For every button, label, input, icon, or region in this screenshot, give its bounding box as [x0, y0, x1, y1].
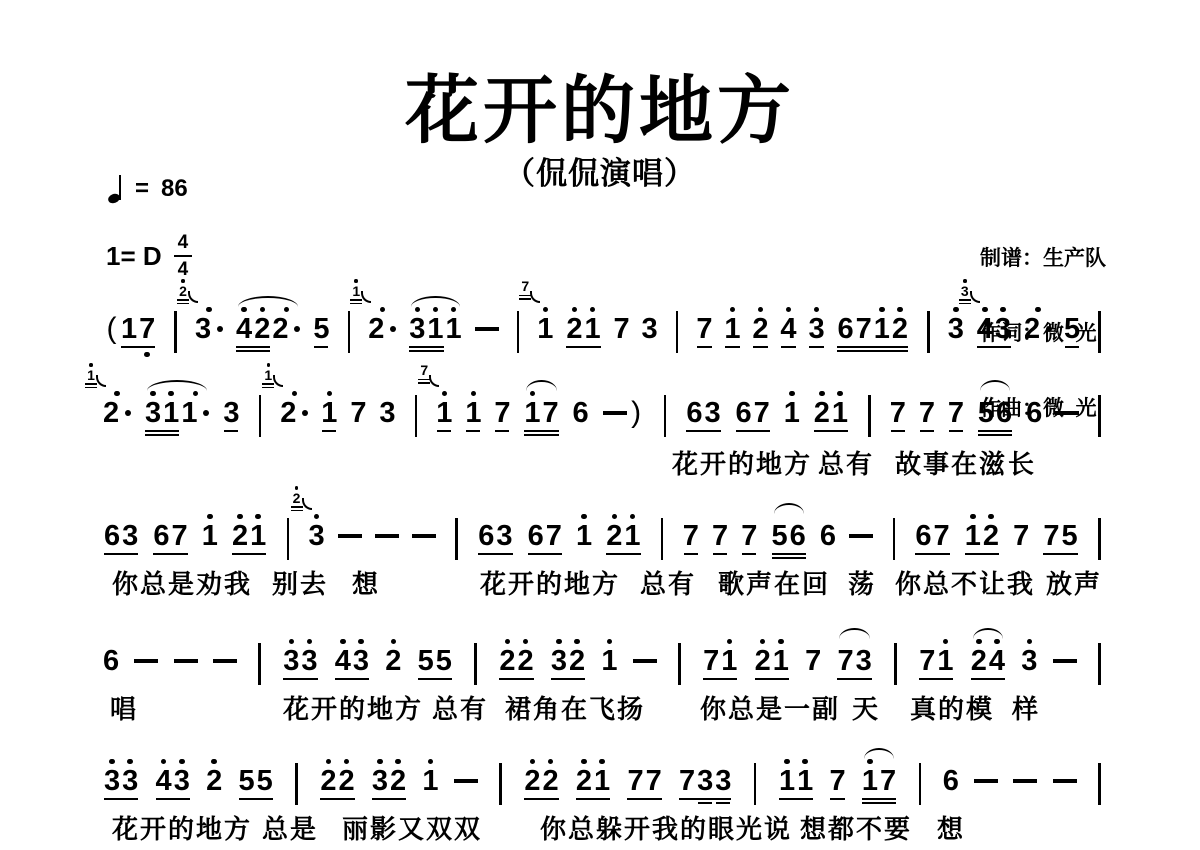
note: 7 [494, 380, 510, 441]
note-digit: 7 [880, 767, 896, 796]
note: 7 [683, 503, 699, 564]
beam-underline [239, 798, 273, 800]
octave-dot [789, 391, 795, 397]
time-signature: 4 4 [174, 233, 193, 279]
key-signature: 1= D 4 4 [106, 233, 192, 279]
note-digit: 1 [584, 315, 600, 344]
note-group: 67 [527, 503, 563, 564]
note-digit: 3 [856, 647, 872, 676]
note: 6 [943, 748, 959, 809]
octave-dot [523, 639, 529, 645]
note: 6 [573, 380, 589, 441]
grace-hook [530, 291, 540, 303]
note: 32 [195, 296, 223, 357]
note: 7 [948, 380, 964, 441]
lyric-segment: 天 [852, 689, 880, 726]
lyric-segment: 花开的地方 [480, 564, 620, 601]
octave-dot [982, 307, 988, 313]
note-group: 43 [155, 748, 191, 809]
grace-note: 1 [350, 279, 362, 304]
lyric-segment: 总是 [262, 809, 318, 846]
octave-dot [127, 759, 133, 765]
note-group: 11 [778, 748, 814, 809]
barline [1092, 296, 1107, 357]
note-digit: 6 [996, 399, 1012, 428]
grace-beam [262, 387, 274, 389]
tempo-marking: = 86 [108, 174, 188, 204]
grace-digit: 1 [352, 284, 360, 298]
note-digit: 5 [313, 315, 329, 344]
note-digit: 2 [103, 399, 119, 428]
augmentation-dot [217, 326, 223, 332]
note-digit: 1 [862, 767, 878, 796]
barline [657, 380, 672, 441]
lyric-segment: 丽影又双双 [342, 809, 482, 846]
lyric-segment: 你总不让我 [895, 564, 1035, 601]
barline [168, 296, 183, 357]
lyric-segment: 想都不要 [800, 809, 912, 846]
octave-dot [255, 514, 261, 520]
duration-dash [134, 628, 158, 689]
octave-dot [395, 759, 401, 765]
octave-dot [612, 514, 618, 520]
beam-underline [145, 430, 179, 432]
duration-dash [974, 748, 998, 809]
octave-dot [314, 514, 320, 520]
grace-hook [273, 375, 283, 387]
grace-digit: 2 [179, 284, 187, 298]
duration-dash [1013, 748, 1037, 809]
grace-digit: 3 [961, 284, 969, 298]
note: 17 [537, 296, 553, 357]
note-group: 55 [238, 748, 274, 809]
note-group: 43 [334, 628, 370, 689]
note-group: 55 [417, 628, 453, 689]
beam-underline [814, 430, 848, 432]
note: 7 [1013, 503, 1029, 564]
octave-dot [207, 514, 213, 520]
beam-underline [314, 346, 328, 348]
note-group: 67 [735, 380, 771, 441]
note-digit: 1 [436, 399, 452, 428]
barline [748, 748, 763, 809]
note-digit: 1 [121, 315, 137, 344]
beam-underline [335, 678, 369, 680]
lyric-segment: 唱 [110, 689, 138, 726]
barline [280, 503, 295, 564]
grace-note: 2 [291, 486, 303, 511]
beam-underline [524, 434, 558, 436]
note-digit: 3 [1021, 647, 1037, 676]
beam-underline [524, 798, 558, 800]
note: 32 [309, 503, 325, 564]
note-digit: 3 [301, 647, 317, 676]
note-group: 63 [685, 380, 721, 441]
octave-dot [380, 307, 386, 313]
beam-underline [830, 798, 844, 800]
note-digit: 3 [705, 399, 721, 428]
beam-underline [753, 346, 767, 348]
barline [341, 296, 356, 357]
beam-underline [781, 346, 795, 348]
note: 1 [202, 503, 218, 564]
grace-hook [188, 291, 198, 303]
note-digit: 6 [153, 522, 169, 551]
grace-digit: 7 [420, 363, 428, 377]
note-digit: 5 [1062, 522, 1078, 551]
octave-dot [590, 307, 596, 313]
note-digit: 1 [202, 522, 218, 551]
beam-underline [949, 430, 963, 432]
lyric-segment: 别去 [272, 564, 328, 601]
note: 7 [350, 380, 366, 441]
note-digit: 7 [646, 767, 662, 796]
note-digit: 2 [892, 315, 908, 344]
note-digit: 2 [390, 767, 406, 796]
key-label: 1= D [106, 241, 162, 272]
note-digit: 6 [736, 399, 752, 428]
note-digit: 7 [1013, 522, 1029, 551]
lyric-segment: 花开的地方 [112, 809, 252, 846]
octave-dot [630, 514, 636, 520]
note: 3 [1021, 628, 1037, 689]
grace-beam [177, 303, 189, 305]
note: 2 [1024, 296, 1052, 357]
note-digit: 7 [948, 399, 964, 428]
octave-dot [292, 391, 298, 397]
music-line-4: 6334325522321712177371243 [103, 628, 1107, 689]
octave-dot [326, 759, 332, 765]
duration-dash [454, 748, 478, 809]
note-digit: 4 [989, 647, 1005, 676]
octave-dot [428, 759, 434, 765]
note-digit: 2 [385, 647, 401, 676]
note: 2 [752, 296, 768, 357]
note-digit: 1 [937, 647, 953, 676]
octave-dot [879, 307, 885, 313]
note: 21 [280, 380, 308, 441]
note-group: 21 [754, 628, 790, 689]
note-digit: 7 [1043, 522, 1059, 551]
octave-dot [837, 391, 843, 397]
note: 7 [919, 380, 935, 441]
beam-underline [713, 553, 727, 555]
note-group: 733 [678, 748, 732, 809]
barline [655, 503, 670, 564]
note-digit: 3 [145, 399, 161, 428]
note: 1 [601, 628, 617, 689]
note-digit: 6 [528, 522, 544, 551]
note-digit: 1 [594, 767, 610, 796]
lyric-segment: 故事在滋 [895, 444, 1007, 481]
octave-dot [730, 307, 736, 313]
note-digit: 7 [829, 767, 845, 796]
octave-dot [953, 307, 959, 313]
octave-dot [963, 279, 967, 283]
beam-underline [736, 430, 770, 432]
octave-dot [607, 639, 613, 645]
beam-underline [755, 678, 789, 680]
octave-dot [289, 639, 295, 645]
grace-beam [291, 506, 303, 508]
note-digit: 2 [206, 767, 222, 796]
quarter-note-icon [108, 174, 123, 204]
beam-underline [372, 798, 406, 800]
octave-dot [295, 486, 299, 490]
note: 1 [465, 380, 481, 441]
note-digit: 2 [320, 767, 336, 796]
note-digit: 7 [546, 522, 562, 551]
note-group: 75 [1042, 503, 1078, 564]
barline [449, 503, 464, 564]
note-group: 422 [235, 296, 301, 357]
octave-dot [327, 391, 333, 397]
octave-dot [1000, 307, 1006, 313]
note-digit: 7 [919, 647, 935, 676]
note-digit: 2 [517, 647, 533, 676]
note-digit: 2 [569, 647, 585, 676]
grace-hook [361, 291, 371, 303]
note-digit: 1 [321, 399, 337, 428]
beam-underline [891, 430, 905, 432]
note-digit: 3 [174, 767, 190, 796]
note: 3 [808, 296, 824, 357]
duration-dash [213, 628, 237, 689]
beam-underline [478, 553, 512, 555]
note-digit: 7 [837, 647, 853, 676]
grace-beam [85, 387, 97, 389]
octave-dot [556, 639, 562, 645]
note-digit: 3 [551, 647, 567, 676]
note: 2 [385, 628, 401, 689]
lyric-segment: 长 [1008, 444, 1036, 481]
note-group: 311 [408, 296, 462, 357]
note-digit: 3 [283, 647, 299, 676]
credit-arranger: 制谱：生产队 [980, 246, 1106, 271]
note-digit: 3 [697, 767, 713, 796]
note-digit: 7 [350, 399, 366, 428]
note-digit: 2 [814, 399, 830, 428]
duration-dash [375, 503, 399, 564]
tempo-equals: = [135, 175, 149, 203]
beam-underline [703, 678, 737, 680]
note-group: 56 [977, 380, 1013, 441]
note-group: 21 [575, 748, 611, 809]
note: 7 [741, 503, 757, 564]
note: 7 [890, 380, 906, 441]
barline [468, 628, 483, 689]
beam-underline [809, 346, 823, 348]
grace-note: 3 [959, 279, 971, 304]
duration-dash [338, 503, 362, 564]
note-digit: 1 [181, 399, 197, 428]
grace-hook [96, 375, 106, 387]
octave-dot [211, 759, 217, 765]
octave-dot [505, 639, 511, 645]
octave-dot [442, 391, 448, 397]
note-digit: 1 [576, 522, 592, 551]
duration-dash [475, 296, 499, 357]
note: 7 [829, 748, 845, 809]
beam-underline [236, 350, 270, 352]
note-digit: 3 [379, 399, 395, 428]
note-group: 21 [813, 380, 849, 441]
note-group: 21 [231, 503, 267, 564]
lyric-segment: 想 [352, 564, 380, 601]
note-group: 32 [550, 628, 586, 689]
note-group: (17 [103, 296, 156, 357]
note-digit: 3 [195, 315, 211, 344]
grace-beam [959, 299, 971, 301]
note-digit: 4 [335, 647, 351, 676]
beam-underline [145, 434, 179, 436]
beam-underline [528, 553, 562, 555]
note-group: 71 [702, 628, 738, 689]
note-digit: 5 [1064, 315, 1080, 344]
note: 7 [805, 628, 821, 689]
note-digit: 7 [712, 522, 728, 551]
barline [886, 503, 901, 564]
note-digit: 2 [752, 315, 768, 344]
note-digit: 7 [494, 399, 510, 428]
octave-dot [802, 759, 808, 765]
octave-dot [819, 391, 825, 397]
octave-dot [760, 639, 766, 645]
octave-dot [867, 759, 873, 765]
octave-dot [415, 307, 421, 313]
note-digit: 7 [679, 767, 695, 796]
note-digit: 5 [418, 647, 434, 676]
note-digit: 3 [409, 315, 425, 344]
octave-dot [451, 307, 457, 313]
augmentation-dot [203, 410, 209, 416]
beam-underline [837, 346, 908, 348]
beam-underline [920, 430, 934, 432]
note-digit: 2 [272, 315, 288, 344]
note-digit: 5 [978, 399, 994, 428]
grace-hook [429, 375, 439, 387]
note-digit: 3 [104, 767, 120, 796]
duration-dash [1053, 628, 1077, 689]
lyric-segment: 你总躲开我的眼光说 [540, 809, 792, 846]
note-digit: 5 [257, 767, 273, 796]
octave-dot [784, 759, 790, 765]
octave-dot [179, 759, 185, 765]
note-digit: 1 [965, 522, 981, 551]
note-digit: 2 [576, 767, 592, 796]
augmentation-dot [294, 326, 300, 332]
beam-underline [627, 798, 661, 800]
barline [252, 380, 267, 441]
beam-underline [837, 678, 871, 680]
note-group: 12 [964, 503, 1000, 564]
lyric-segment: 歌声在回 [718, 564, 830, 601]
parenthesis: ) [629, 380, 644, 441]
note-digit: 6 [686, 399, 702, 428]
note-digit: 2 [254, 315, 270, 344]
octave-dot [778, 639, 784, 645]
beam-underline [862, 802, 896, 804]
octave-dot [150, 391, 156, 397]
octave-dot [530, 391, 536, 397]
beam-underline [418, 678, 452, 680]
note-digit: 6 [1026, 399, 1042, 428]
tempo-bpm: 86 [161, 175, 188, 203]
note-digit: 3 [496, 522, 512, 551]
beam-underline [153, 553, 187, 555]
octave-dot [391, 639, 397, 645]
note-group: 17 [523, 380, 559, 441]
note-group: 21 [565, 296, 601, 357]
beam-underline [686, 430, 720, 432]
octave-dot [548, 759, 554, 765]
beam-underline [524, 430, 558, 432]
note-digit: 2 [755, 647, 771, 676]
octave-dot [897, 307, 903, 313]
note-digit: 2 [1024, 315, 1040, 344]
note-digit: 2 [971, 647, 987, 676]
note-digit: 4 [156, 767, 172, 796]
note-group: 33 [282, 628, 318, 689]
grace-hook [302, 498, 312, 510]
barline [670, 296, 685, 357]
note-digit: 3 [995, 315, 1011, 344]
grace-digit: 1 [87, 368, 95, 382]
note-digit: 7 [172, 522, 188, 551]
lyric-segment: 你总是一副 [700, 689, 840, 726]
note-digit: 7 [856, 315, 872, 344]
beam-underline [772, 553, 806, 555]
note: 7 [696, 296, 712, 357]
parenthesis: ( [104, 296, 119, 357]
time-signature-numerator: 4 [174, 233, 193, 257]
note-digit: 2 [338, 767, 354, 796]
octave-dot [599, 759, 605, 765]
grace-digit: 1 [264, 368, 272, 382]
note-digit: 7 [543, 399, 559, 428]
note-group: 33 [103, 748, 139, 809]
octave-dot [994, 639, 1000, 645]
lyric-segment: 真的模 [910, 689, 994, 726]
note-digit: 7 [683, 522, 699, 551]
octave-dot [572, 307, 578, 313]
barline [252, 628, 267, 689]
note-group: 22 [498, 628, 534, 689]
octave-dot [471, 391, 477, 397]
note-digit: 1 [427, 315, 443, 344]
grace-beam [177, 299, 189, 301]
beam-underline [156, 798, 190, 800]
grace-beam [418, 382, 430, 384]
note-group: 24 [970, 628, 1006, 689]
barline [510, 296, 525, 357]
octave-dot [354, 279, 358, 283]
note-digit: 3 [715, 767, 731, 796]
barline [862, 380, 877, 441]
note-digit: 2 [542, 767, 558, 796]
octave-dot [976, 639, 982, 645]
octave-dot [786, 307, 792, 313]
grace-note: 1 [262, 363, 274, 388]
octave-dot [206, 307, 212, 313]
grace-beam [262, 383, 274, 385]
note: 17 [436, 380, 452, 441]
note: 3 [379, 380, 395, 441]
note-digit: 1 [537, 315, 553, 344]
beam-underline [697, 346, 711, 348]
note-digit: 1 [250, 522, 266, 551]
beam-underline [971, 678, 1005, 680]
